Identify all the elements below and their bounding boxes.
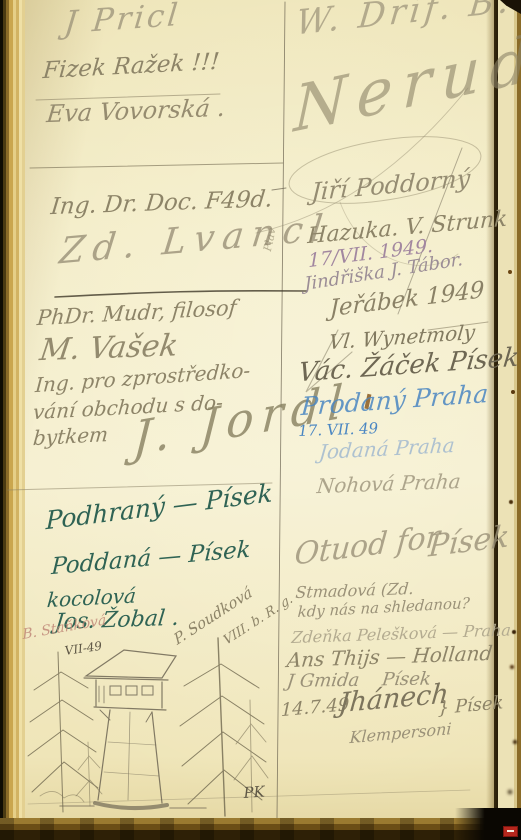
scanned-guestbook-page: J Pricl Fizek Ražek !!! Eva Vovorská . I… — [0, 0, 521, 840]
heavy-strikethrough — [55, 291, 307, 297]
row-line-1 — [30, 163, 283, 168]
divider-tick — [272, 188, 286, 190]
signature-kocolova: kocolová — [46, 585, 137, 610]
watchtower-sketch — [60, 650, 206, 808]
date-17-vii-49: 17. VII. 49 — [298, 421, 378, 439]
spruce-trees-sketch — [28, 638, 268, 816]
signature-j-pricl: J Pricl — [63, 0, 182, 39]
sketch-artist-initials: PK — [243, 785, 265, 801]
signature-eva-vovorska: Eva Vovorská . — [45, 96, 226, 126]
note-bytkem: bytkem — [32, 424, 109, 448]
red-calibration-marker — [503, 826, 518, 837]
book-bottom-edge — [0, 818, 521, 840]
signature-nohova-praha: Nohová Praha — [316, 471, 462, 496]
signature-m-vasek: M. Vašek — [38, 331, 180, 366]
